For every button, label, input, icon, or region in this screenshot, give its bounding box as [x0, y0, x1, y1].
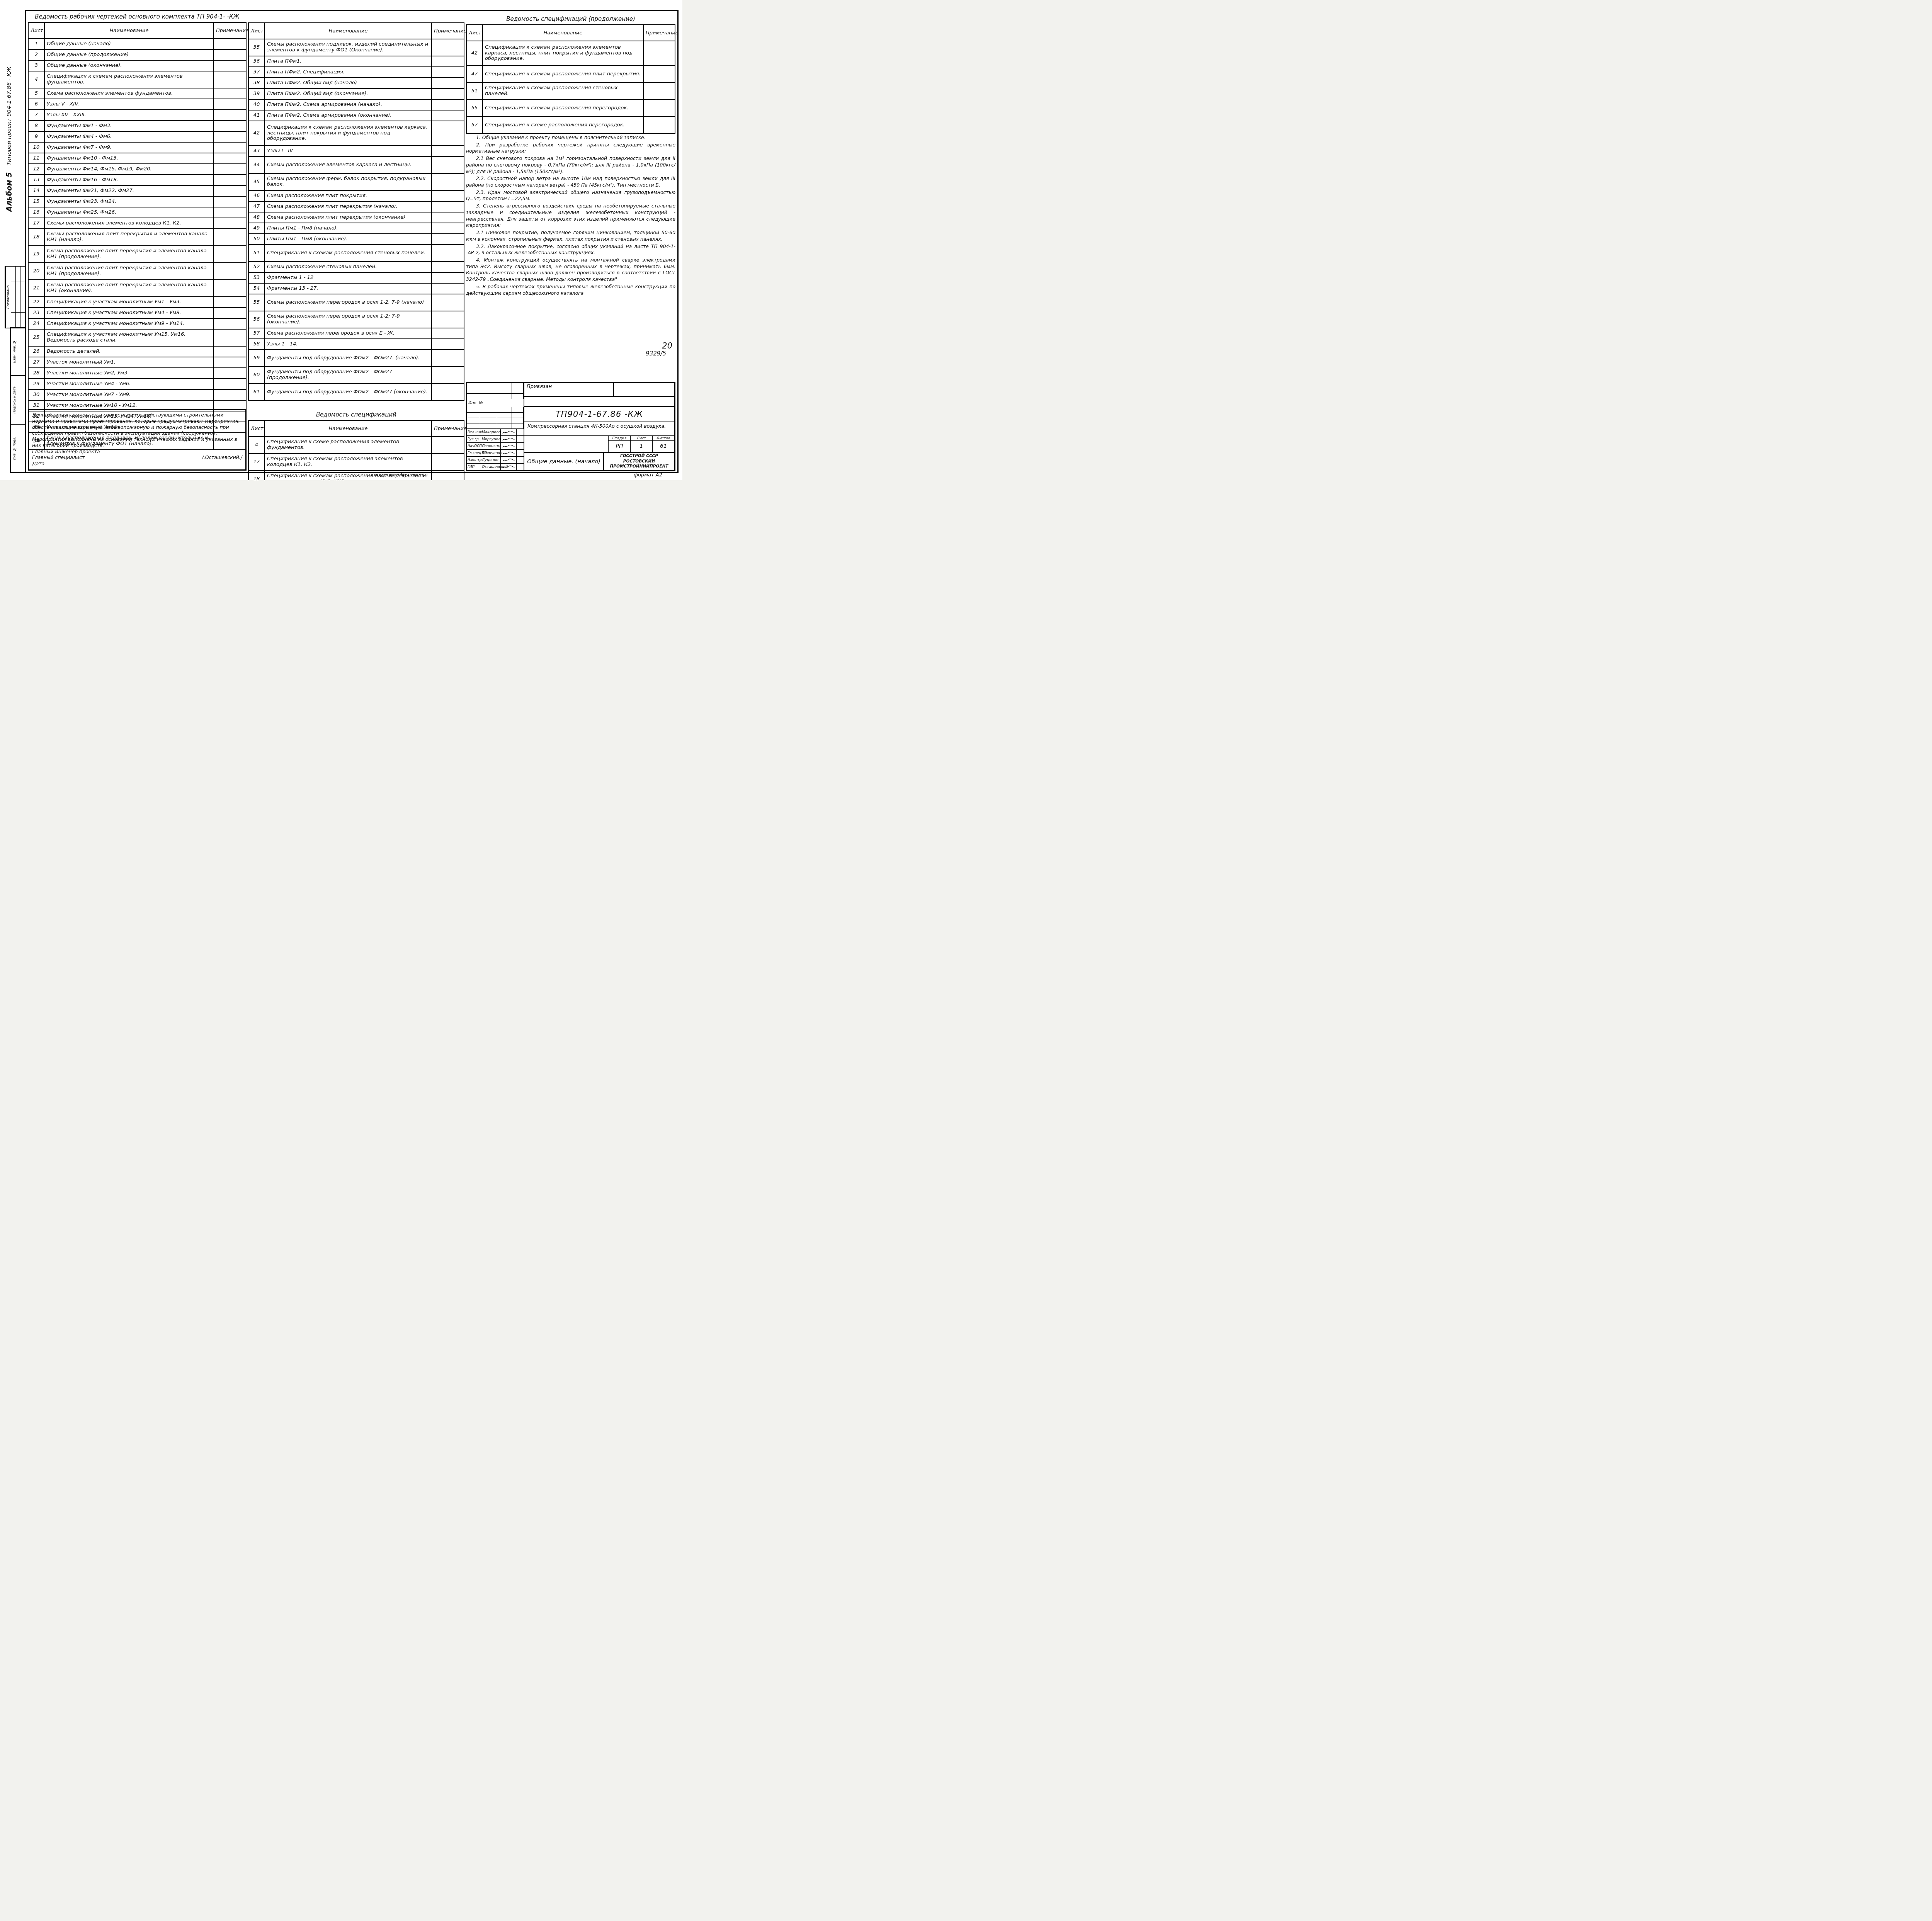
- table-row: 7 Узлы XV - XXIII.: [28, 110, 246, 121]
- sheet-note: [214, 110, 246, 121]
- sheet-name: Схема расположения плит перекрытия и эле…: [44, 246, 214, 263]
- sheet-note: [214, 318, 246, 329]
- sheet-note: [214, 389, 246, 400]
- staff-role: Вед.инж.: [467, 429, 481, 435]
- working-drawings-table: Лист Наименование Примечание 1 Общие дан…: [28, 22, 247, 450]
- sheet-note: [432, 223, 464, 234]
- staff-empty-cell: [517, 443, 524, 449]
- sheet-number: 35: [248, 39, 265, 56]
- sheet-number: 46: [248, 190, 265, 201]
- sheet-note: [214, 308, 246, 318]
- frame-field-empty: [18, 328, 25, 375]
- table-row: 49 Плиты Пм1 - Пм8 (начало).: [248, 223, 464, 234]
- sheet-number: 42: [248, 121, 265, 146]
- table-row: 28 Участки монолитные Ум2, Ум3: [28, 368, 246, 379]
- working-drawings-table-2: Лист Наименование Примечание 35 Схемы ра…: [248, 22, 464, 401]
- table-row: 48 Схема расположения плит перекрытия (о…: [248, 212, 464, 223]
- sheet-number: 29: [28, 379, 44, 389]
- sheet-number: 12: [28, 164, 44, 175]
- sheet-number: 14: [28, 185, 44, 196]
- sheet-note: [432, 146, 464, 156]
- staff-empty-cell: [517, 450, 524, 456]
- table-row: 3 Общие данные (окончание).: [28, 60, 246, 71]
- signature-scribble: [501, 464, 517, 470]
- table-row: 23 Спецификация к участкам монолитным Ум…: [28, 308, 246, 318]
- frame-field-label: Взам. инв. №: [11, 328, 18, 375]
- sheet-note: [432, 67, 464, 78]
- sheet-note: [214, 368, 246, 379]
- date-line: Дата: [32, 461, 242, 467]
- table-row: 20 Схема расположения плит перекрытия и …: [28, 263, 246, 280]
- sheet-note: [432, 437, 464, 454]
- sheet-note: [214, 280, 246, 297]
- stage-value: РП: [609, 441, 631, 452]
- sheet-name: Спецификация к участкам монолитным Ум4 -…: [44, 308, 214, 318]
- sheet-note: [432, 245, 464, 262]
- sheet-number: 38: [248, 78, 265, 88]
- sheet-number: 51: [466, 83, 483, 100]
- table-header-row: Лист Наименование Примечание: [28, 22, 246, 39]
- col-header-name: Наименование: [265, 23, 432, 39]
- frame-field-label: Инв. № подл.: [11, 425, 18, 472]
- note-paragraph: 4. Монтаж конструкций осуществлять на мо…: [466, 257, 675, 283]
- signature-scribble: [501, 429, 517, 435]
- table-row: 54 Фрагменты 13 - 27.: [248, 283, 464, 294]
- approved-label: Согласовано: [5, 267, 11, 328]
- signature-icon: [502, 451, 515, 456]
- sheet-number: 8: [28, 121, 44, 131]
- table-row: 36 Плита ПФм1.: [248, 56, 464, 67]
- sheet-number: 9: [28, 131, 44, 142]
- note-paragraph: 2.3. Кран мостовой электрический общего …: [466, 189, 675, 202]
- sheet-name: Схема расположения плит перекрытия и эле…: [44, 263, 214, 280]
- col-header-sheet: Лист: [248, 420, 265, 437]
- title-block-left: Инв. № Вед.инж. Макарова Рук.гр. Моргуно…: [467, 383, 524, 470]
- sheet-number: 4: [28, 71, 44, 88]
- sheet-note: [432, 56, 464, 67]
- stage-row: Стадия Лист Листов РП 1 61: [524, 436, 674, 453]
- sheet-name: Спецификация к схемам расположения плит …: [483, 66, 643, 83]
- sheet-name: Схемы расположения плит перекрытия и эле…: [44, 229, 214, 246]
- table-row: 4 Спецификация к схемам расположения эле…: [28, 71, 246, 88]
- note-paragraph: 5. В рабочих чертежах применены типовые …: [466, 284, 675, 296]
- sheet-name: Спецификация к схемам расположения стено…: [483, 83, 643, 100]
- sheet-number: 42: [466, 41, 483, 66]
- table-row: 41 Плита ПФм2. Схема армирования (оконча…: [248, 110, 464, 121]
- sheet-name: Фрагменты 13 - 27.: [265, 283, 432, 294]
- sheet-name: Плита ПФм2. Схема армирования (начало).: [265, 99, 432, 110]
- sheet-note: [214, 196, 246, 207]
- titleblock-staff-row: Гл.спец.ТО Боярченко: [467, 450, 524, 457]
- note-paragraph: 2.1 Вес снегового покрова на 1м² горизон…: [466, 155, 675, 175]
- titleblock-staff-row: ГИП Осташевский: [467, 464, 524, 470]
- staff-role: НачОСП-1: [467, 443, 481, 449]
- sheet-name: Фундаменты Фм4 - Фм6.: [44, 131, 214, 142]
- table-row: 11 Фундаменты Фм10 - Фм13.: [28, 153, 246, 164]
- sheet-number: 11: [28, 153, 44, 164]
- sheet-note: [214, 49, 246, 60]
- sheet-note: [432, 367, 464, 384]
- sheet-name: Плита ПФм2. Общий вид (начало): [265, 78, 432, 88]
- sheet-note: [432, 311, 464, 328]
- approval-stamp: Согласовано: [5, 266, 26, 328]
- table-row: 15 Фундаменты Фм23, Фм24.: [28, 196, 246, 207]
- frame-field-label: Подпись и дата: [11, 376, 18, 423]
- staff-role: ГИП: [467, 464, 481, 470]
- sheet-note: [214, 71, 246, 88]
- table-row: 39 Плита ПФм2. Общий вид (окончание).: [248, 88, 464, 99]
- signature-icon: [502, 437, 515, 442]
- titleblock-staff-row: Н.контр. Луценко: [467, 457, 524, 464]
- sheet-note: [432, 78, 464, 88]
- staff-name: Саакьянц: [481, 443, 501, 449]
- sheet-name: Схемы расположения ферм, балок покрытия,…: [265, 173, 432, 190]
- inventory-row: Инв. №: [467, 399, 524, 407]
- sheet-note: [432, 350, 464, 367]
- sheet-number: 2: [28, 49, 44, 60]
- table-row: 13 Фундаменты Фм16 - Фм18.: [28, 175, 246, 185]
- table-row: 60 Фундаменты под оборудование ФОм2 - ФО…: [248, 367, 464, 384]
- sheet-name: Спецификация к схеме расположения элемен…: [265, 437, 432, 454]
- sheet-number: 10: [28, 142, 44, 153]
- sheet-number: 22: [28, 297, 44, 308]
- sheet-name: Схема расположения плит покрытия.: [265, 190, 432, 201]
- sheet-number: 30: [28, 389, 44, 400]
- table-row: 38 Плита ПФм2. Общий вид (начало): [248, 78, 464, 88]
- sheet-name: Спецификация к схемам расположения стено…: [265, 245, 432, 262]
- sheet-number: 41: [248, 110, 265, 121]
- sheet-number: 50: [248, 234, 265, 245]
- sheet-number: 52: [248, 262, 265, 272]
- sheet-number: 24: [28, 318, 44, 329]
- edge-album-text: Альбом 5 Типовой проект 904-1-67.86 - КЖ: [1, 27, 18, 251]
- table-header-row: Лист Наименование Примечание: [248, 420, 464, 437]
- sheet-name: Спецификация к участкам монолитным Ум9 -…: [44, 318, 214, 329]
- sheet-name: Плиты Пм1 - Пм8 (окончание).: [265, 234, 432, 245]
- staff-empty-cell: [517, 436, 524, 442]
- sheet-number: 21: [28, 280, 44, 297]
- sheet-number: 55: [466, 100, 483, 117]
- sheet-number: 60: [248, 367, 265, 384]
- sheet-note: [432, 328, 464, 339]
- table-row: 8 Фундаменты Фм1 - Фм3.: [28, 121, 246, 131]
- col-header-name: Наименование: [483, 25, 643, 41]
- sheet-note: [214, 263, 246, 280]
- sheet-note: [214, 39, 246, 49]
- doc-mark: 9329/5: [587, 350, 672, 357]
- signature-icon: [502, 465, 515, 469]
- sheet-note: [432, 384, 464, 401]
- sheet-number: 45: [248, 173, 265, 190]
- sheet-number: 59: [248, 350, 265, 367]
- sheet-number: 54: [248, 283, 265, 294]
- table-row: 10 Фундаменты Фм7 - Фм9.: [28, 142, 246, 153]
- sheet-note: [214, 164, 246, 175]
- sheet-number: 1: [28, 39, 44, 49]
- sheet-name: Плита ПФм1.: [265, 56, 432, 67]
- sheet-number: 44: [248, 156, 265, 173]
- table-row: 55 Схемы расположения перегородок в осях…: [248, 294, 464, 311]
- sheet-note: [214, 297, 246, 308]
- sheet-name: Схемы расположения элементов колодцев К1…: [44, 218, 214, 229]
- note-paragraph: 2. При разработке рабочих чертежей приня…: [466, 142, 675, 155]
- sheet-note: [432, 294, 464, 311]
- table-row: 55 Спецификация к схемам расположения пе…: [466, 100, 675, 117]
- table-row: 2 Общие данные (продолжение): [28, 49, 246, 60]
- sheet-note: [214, 60, 246, 71]
- sheet-note: [432, 283, 464, 294]
- staff-name: Макарова: [481, 429, 501, 435]
- sheet-number: 19: [28, 246, 44, 263]
- title-block: Инв. № Вед.инж. Макарова Рук.гр. Моргуно…: [466, 382, 675, 471]
- table-row: 4 Спецификация к схеме расположения элем…: [248, 437, 464, 454]
- sheet-title: Общие данные. (начало): [524, 453, 604, 470]
- sheet-name: Схема расположения элементов фундаментов…: [44, 88, 214, 99]
- signature-icon: [502, 458, 515, 462]
- sheet-name: Схема расположения плит перекрытия (нача…: [265, 201, 432, 212]
- stage-table: Стадия Лист Листов РП 1 61: [609, 436, 674, 452]
- sheet-note: [214, 246, 246, 263]
- sheet-number: 28: [28, 368, 44, 379]
- sheet-number: 58: [248, 339, 265, 350]
- sheet-number: 39: [248, 88, 265, 99]
- sheet-number: 4: [248, 437, 265, 454]
- sheet-note: [643, 100, 675, 117]
- spec-list-table: Лист Наименование Примечание 4 Специфика…: [248, 420, 464, 480]
- table-header-row: Лист Наименование Примечание: [248, 23, 464, 39]
- sheet-name: Схемы расположения перегородок в осях 1-…: [265, 311, 432, 328]
- sheet-note: [643, 83, 675, 100]
- sheet-name: Ведомость деталей.: [44, 346, 214, 357]
- sheet-note: [214, 218, 246, 229]
- table-row: 51 Спецификация к схемам расположения ст…: [248, 245, 464, 262]
- organization: ГОССТРОЙ СССР РОСТОВСКИЙ ПРОМСТРОЙНИИПРО…: [604, 453, 674, 470]
- sheet-name: Фундаменты Фм21, Фм22, Фм27.: [44, 185, 214, 196]
- sheet-note: [432, 272, 464, 283]
- table-row: 16 Фундаменты Фм25, Фм26.: [28, 207, 246, 218]
- sheet-note: [214, 346, 246, 357]
- staff-rows: Вед.инж. Макарова Рук.гр. Моргунов НачОС…: [467, 429, 524, 470]
- sheet-label: Лист: [631, 436, 653, 440]
- sheet-name: Схемы расположения перегородок в осях 1-…: [265, 294, 432, 311]
- table-row: 43 Узлы I - IV: [248, 146, 464, 156]
- sheet-number: 43: [248, 146, 265, 156]
- sheet-number: 47: [248, 201, 265, 212]
- signature-name: /.Осташевский./: [202, 454, 242, 461]
- spec-list-title: Ведомость спецификаций: [248, 411, 464, 418]
- sheet-number: 53: [248, 272, 265, 283]
- sheet-name: Фундаменты Фм14, Фм15, Фм19, Фм20.: [44, 164, 214, 175]
- sheet-name: Плита ПФм2. Общий вид (окончание).: [265, 88, 432, 99]
- handwritten-marks: 20 9329/5: [587, 342, 672, 357]
- table-row: 42 Спецификация к схемам расположения эл…: [466, 41, 675, 66]
- page-mark: 20: [587, 342, 672, 350]
- titleblock-staff-row: Вед.инж. Макарова: [467, 429, 524, 436]
- table-row: 59 Фундаменты под оборудование ФОм2 - ФО…: [248, 350, 464, 367]
- staff-empty-cell: [517, 429, 524, 435]
- sheet-name: Плита ПФм2. Схема армирования (окончание…: [265, 110, 432, 121]
- table-row: 18 Схемы расположения плит перекрытия и …: [28, 229, 246, 246]
- staff-name: Луценко: [481, 457, 501, 463]
- sheet-note: [643, 41, 675, 66]
- sheet-name: Фрагменты 1 - 12: [265, 272, 432, 283]
- sheet-name: Спецификация к схемам расположения элеме…: [265, 121, 432, 146]
- table-row: 22 Спецификация к участкам монолитным Ум…: [28, 297, 246, 308]
- sheet-note: [432, 173, 464, 190]
- sheet-name: Схемы расположения подливок, изделий сое…: [265, 39, 432, 56]
- approval-stamp-grid: [11, 267, 26, 328]
- table1-title: Ведомость рабочих чертежей основного ком…: [28, 13, 247, 20]
- sheet-name: Спецификация к схеме расположения перего…: [483, 117, 643, 134]
- sheet-note: [214, 121, 246, 131]
- spec-cont-title: Ведомость спецификаций (продолжение): [466, 15, 675, 22]
- title-block-right: Привязан ТП904-1-67.86 -КЖ Компрессорная…: [524, 383, 674, 470]
- sheet-number: 18: [28, 229, 44, 246]
- staff-role: Рук.гр.: [467, 436, 481, 442]
- sheet-name: Фундаменты Фм25, Фм26.: [44, 207, 214, 218]
- signature-icon: [502, 430, 515, 435]
- revision-grid-2: [467, 407, 524, 429]
- col-header-sheet: Лист: [28, 22, 44, 39]
- sheet-note: [214, 131, 246, 142]
- table-row: 1 Общие данные (начало): [28, 39, 246, 49]
- table-row: 18 Спецификация к схемам расположения пл…: [248, 471, 464, 480]
- table-row: 51 Спецификация к схемам расположения ст…: [466, 83, 675, 100]
- table-row: 27 Участок монолитный Ум1.: [28, 357, 246, 368]
- table-row: 58 Узлы 1 - 14.: [248, 339, 464, 350]
- sheet-number: 56: [248, 311, 265, 328]
- sheet-number: 48: [248, 212, 265, 223]
- note-paragraph: 1. Общие указания к проекту помещены в п…: [466, 134, 675, 141]
- table-row: 53 Фрагменты 1 - 12: [248, 272, 464, 283]
- frame-field-cell: Инв. № подл.: [11, 425, 25, 472]
- object-name: Компрессорная станция 4К-500Ао с осушкой…: [524, 422, 674, 436]
- general-notes: 1. Общие указания к проекту помещены в п…: [466, 134, 675, 297]
- col-header-note: Примечание: [432, 23, 464, 39]
- staff-name: Моргунов: [481, 436, 501, 442]
- sheet-number: 13: [28, 175, 44, 185]
- sheet-note: [432, 339, 464, 350]
- sheet-note: [432, 88, 464, 99]
- signature-scribble: [501, 457, 517, 463]
- sheet-note: [432, 39, 464, 56]
- sheet-name: Фундаменты под оборудование ФОм2 - ФОм27…: [265, 384, 432, 401]
- table-row: 30 Участки монолитные Ум7 - Ум9.: [28, 389, 246, 400]
- sheet-note: [432, 234, 464, 245]
- table-row: 46 Схема расположения плит покрытия.: [248, 190, 464, 201]
- sheet-note: [214, 142, 246, 153]
- sheet-number: 51: [248, 245, 265, 262]
- sheet-name: Схема расположения перегородок в осях Е …: [265, 328, 432, 339]
- middle-column: Лист Наименование Примечание 35 Схемы ра…: [248, 22, 464, 480]
- sheet-number: 25: [28, 329, 44, 346]
- table-row: 6 Узлы V - XIV.: [28, 99, 246, 110]
- table-row: 50 Плиты Пм1 - Пм8 (окончание).: [248, 234, 464, 245]
- note-paragraph: 3.2. Лакокрасочное покрытие, согласно об…: [466, 243, 675, 256]
- sheet-name: Схема расположения плит перекрытия и эле…: [44, 280, 214, 297]
- sheet-note: [214, 207, 246, 218]
- note-paragraph: 3.1 Цинковое покрытие, получаемое горячи…: [466, 229, 675, 242]
- signature-scribble: [501, 450, 517, 456]
- table-row: 5 Схема расположения элементов фундамент…: [28, 88, 246, 99]
- staff-empty-cell: [517, 464, 524, 470]
- sheet-name: Схемы расположения стеновых панелей.: [265, 262, 432, 272]
- copied-by: копировал Ненашева: [371, 472, 428, 478]
- frame-field-cell: Взам. инв. №: [11, 328, 25, 376]
- sheet-note: [432, 156, 464, 173]
- table-row: 14 Фундаменты Фм21, Фм22, Фм27.: [28, 185, 246, 196]
- table-row: 57 Спецификация к схеме расположения пер…: [466, 117, 675, 134]
- sheet-name: Узлы XV - XXIII.: [44, 110, 214, 121]
- title-row: Общие данные. (начало) ГОССТРОЙ СССР РОС…: [524, 453, 674, 470]
- titleblock-staff-row: НачОСП-1 Саакьянц: [467, 443, 524, 450]
- binding-row: Привязан: [524, 383, 674, 397]
- table-row: 57 Схема расположения перегородок в осях…: [248, 328, 464, 339]
- col-header-name: Наименование: [44, 22, 214, 39]
- table-row: 40 Плита ПФм2. Схема армирования (начало…: [248, 99, 464, 110]
- sheet-note: [432, 201, 464, 212]
- table-row: 26 Ведомость деталей.: [28, 346, 246, 357]
- right-column: Ведомость спецификаций (продолжение) Лис…: [466, 15, 675, 134]
- sheet-number: 26: [28, 346, 44, 357]
- sheet-number: 16: [28, 207, 44, 218]
- sheet-note: [214, 357, 246, 368]
- project-code-vertical: Типовой проект 904-1-67.86 - КЖ: [6, 66, 12, 165]
- sheet-name: Плита ПФм2. Спецификация.: [265, 67, 432, 78]
- table-row: 47 Спецификация к схемам расположения пл…: [466, 66, 675, 83]
- note-paragraph: 3. Степень агрессивного воздействия сред…: [466, 203, 675, 229]
- sheet-name: Участки монолитные Ум2, Ум3: [44, 368, 214, 379]
- sheet-name: Участки монолитные Ум7 - Ум9.: [44, 389, 214, 400]
- sheet-name: Фундаменты Фм16 - Фм18.: [44, 175, 214, 185]
- table-row: 21 Схема расположения плит перекрытия и …: [28, 280, 246, 297]
- sheet-number: 3: [28, 60, 44, 71]
- table-row: 29 Участки монолитные Ум4 - Ум6.: [28, 379, 246, 389]
- sheet-number: 57: [248, 328, 265, 339]
- table-row: 52 Схемы расположения стеновых панелей.: [248, 262, 464, 272]
- spec-cont-table: Лист Наименование Примечание 42 Специфик…: [466, 24, 675, 134]
- sheet-note: [214, 329, 246, 346]
- col-header-note: Примечание: [432, 420, 464, 437]
- sheet-name: Спецификация к участкам монолитным Ум1 -…: [44, 297, 214, 308]
- sheet-name: Участки монолитные Ум4 - Ум6.: [44, 379, 214, 389]
- empty-band: [524, 397, 674, 407]
- table-row: 17 Схемы расположения элементов колодцев…: [28, 218, 246, 229]
- staff-empty-cell: [517, 457, 524, 463]
- table-row: 12 Фундаменты Фм14, Фм15, Фм19, Фм20.: [28, 164, 246, 175]
- sheet-name: Общие данные (начало): [44, 39, 214, 49]
- sheet-number: 17: [248, 454, 265, 471]
- table-row: 47 Схема расположения плит перекрытия (н…: [248, 201, 464, 212]
- sheet-name: Спецификация к участкам монолитным Ум15,…: [44, 329, 214, 346]
- sheets-label: Листов: [653, 436, 674, 440]
- sheet-note: [643, 66, 675, 83]
- sheet-note: [432, 471, 464, 480]
- sheet-note: [432, 190, 464, 201]
- col-header-sheet: Лист: [466, 25, 483, 41]
- binding-empty-cell: [614, 383, 674, 396]
- frame-field-strip: Взам. инв. № Подпись и дата Инв. № подл.: [10, 327, 26, 473]
- sheet-note: [432, 110, 464, 121]
- table-row: 45 Схемы расположения ферм, балок покрыт…: [248, 173, 464, 190]
- table-row: 37 Плита ПФм2. Спецификация.: [248, 67, 464, 78]
- sheet-name: Общие данные (окончание).: [44, 60, 214, 71]
- sheet-number: 17: [28, 218, 44, 229]
- sheet-note: [432, 454, 464, 471]
- sheet-name: Узлы 1 - 14.: [265, 339, 432, 350]
- table-row: 24 Спецификация к участкам монолитным Ум…: [28, 318, 246, 329]
- col-header-note: Примечание: [214, 22, 246, 39]
